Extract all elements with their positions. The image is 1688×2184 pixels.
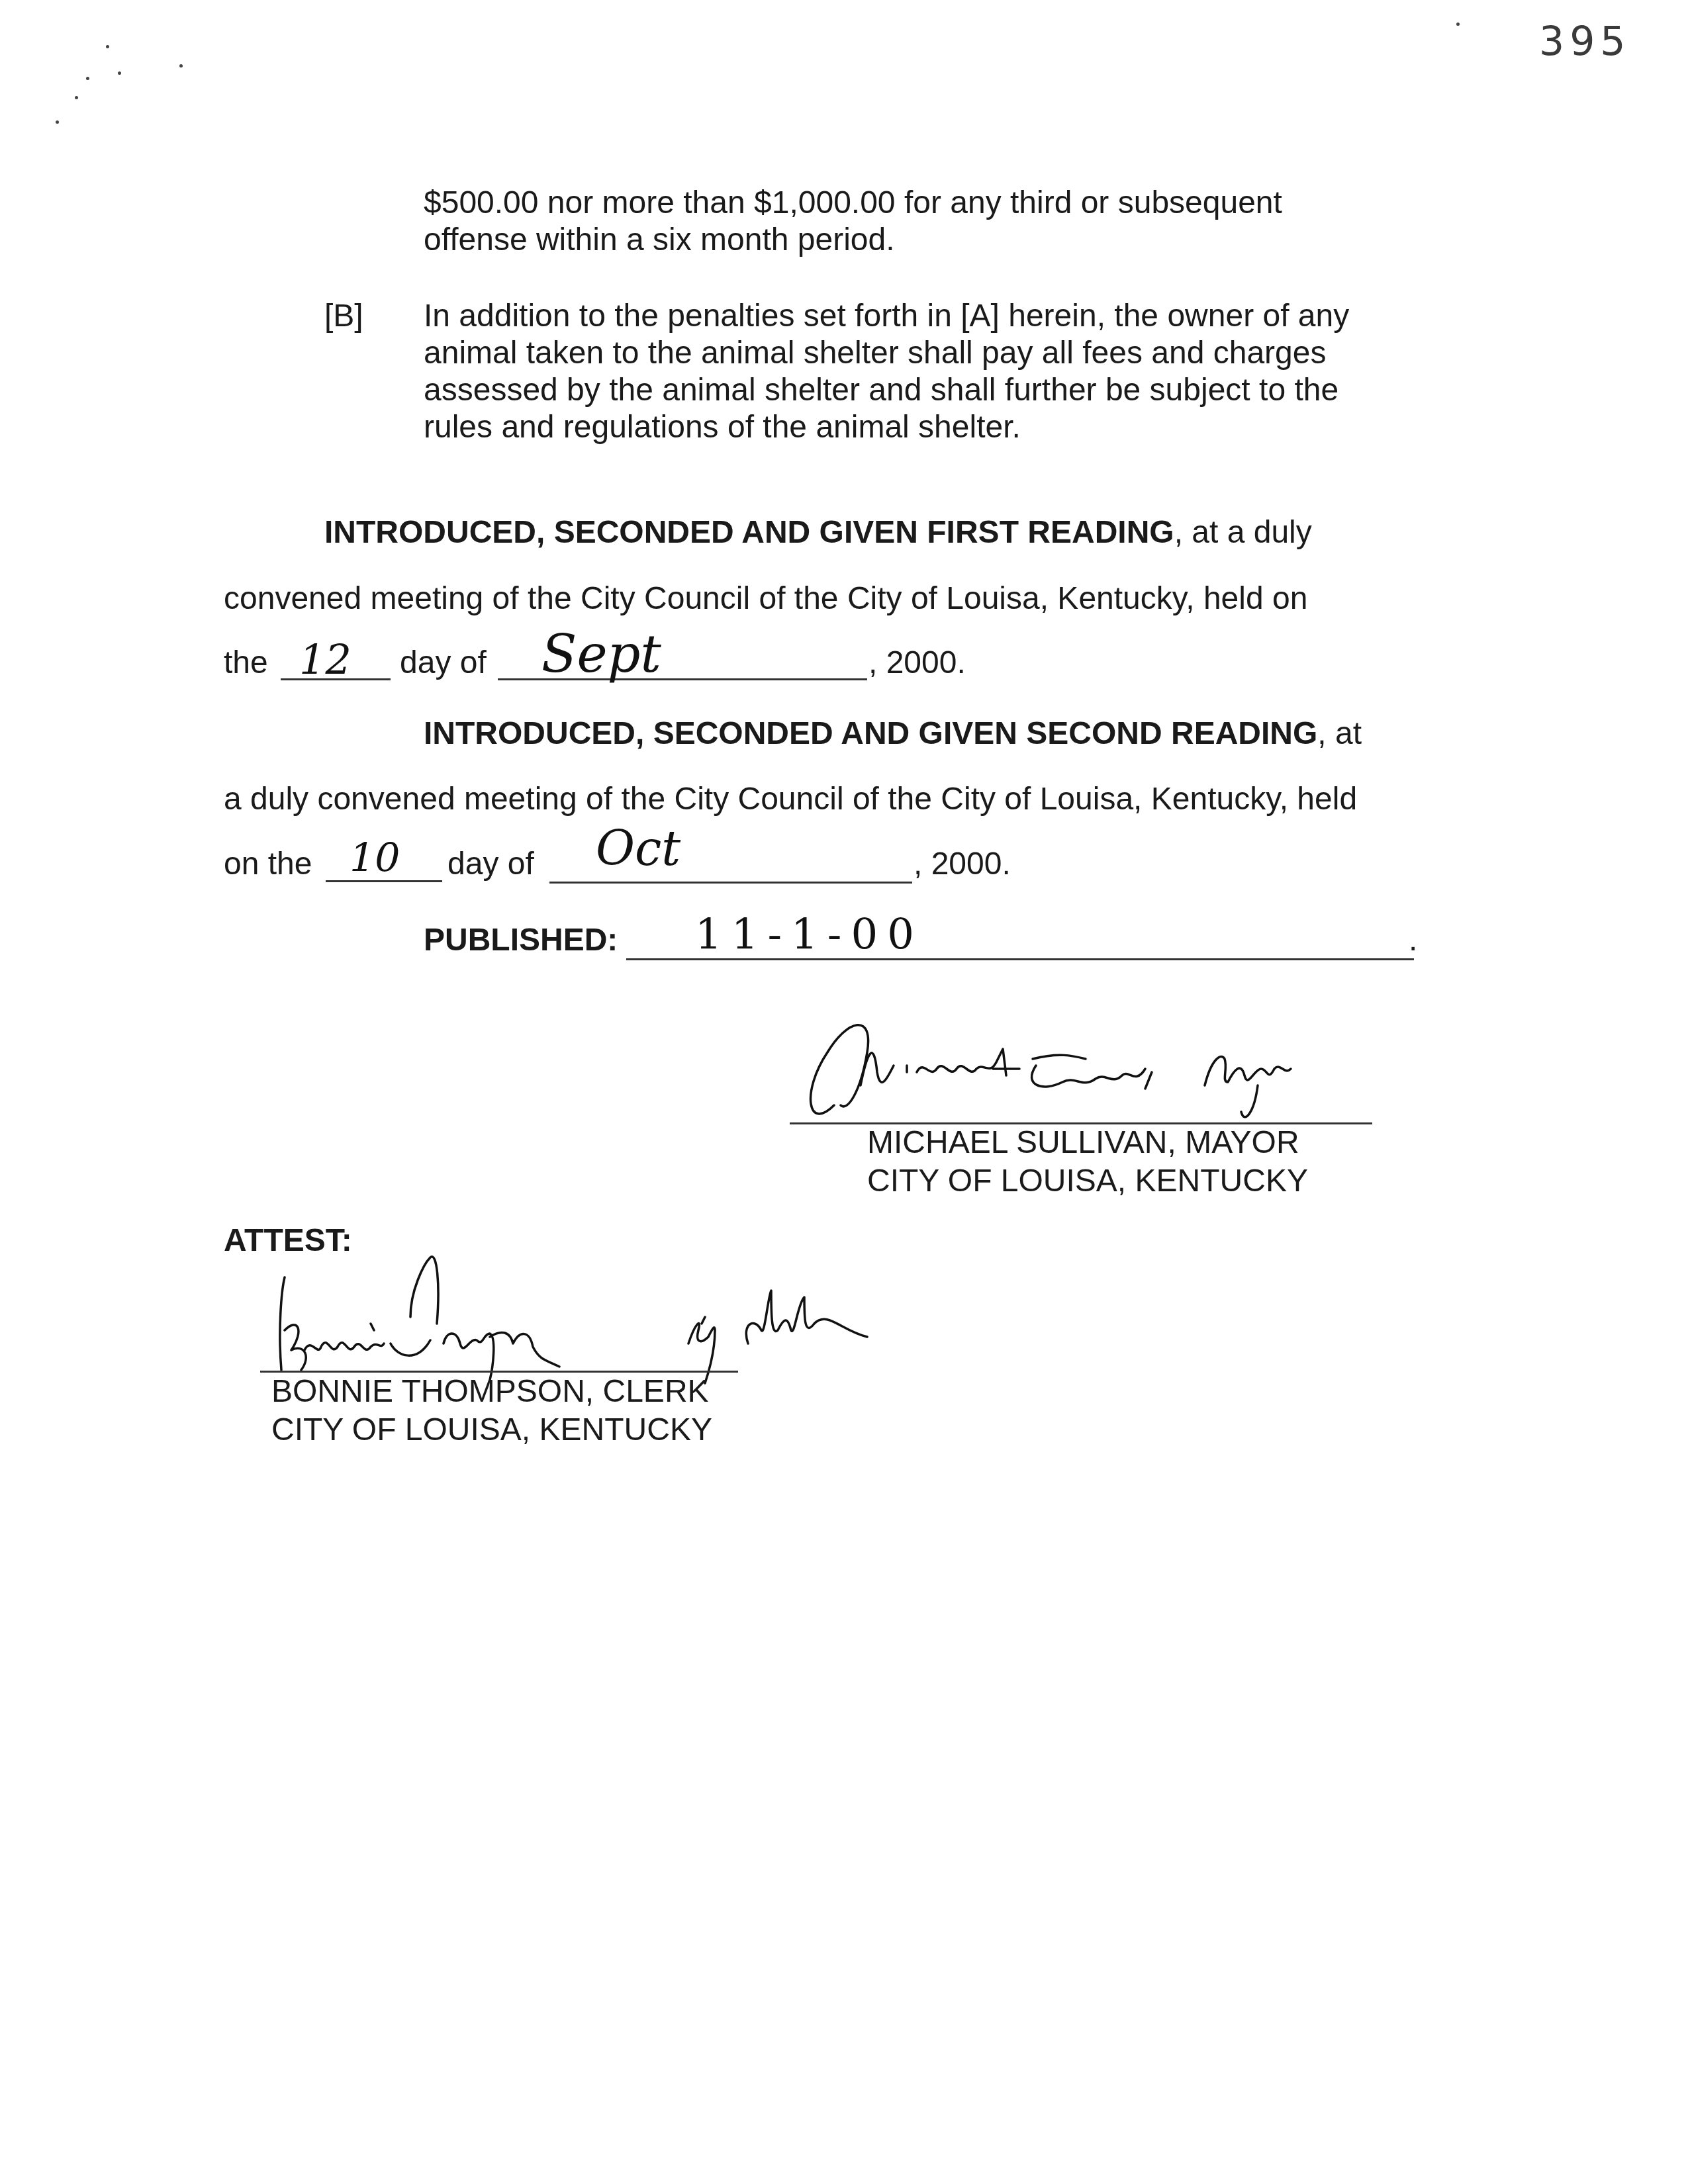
first-reading-day-of: day of — [400, 645, 487, 681]
penalty-line-2: offense within a six month period. — [424, 222, 895, 258]
published-date-handwritten: 11-1-00 — [695, 911, 923, 960]
published-label: PUBLISHED: — [424, 923, 618, 958]
clerk-city: CITY OF LOUISA, KENTUCKY — [271, 1412, 712, 1448]
first-reading-heading: INTRODUCED, SECONDED AND GIVEN FIRST REA… — [324, 515, 1174, 550]
second-reading-day-handwritten: 10 — [350, 835, 400, 882]
published-end: . — [1409, 923, 1417, 958]
first-reading-prefix: the — [224, 645, 268, 681]
mayor-name-title: MICHAEL SULLIVAN, MAYOR — [867, 1125, 1299, 1161]
scan-speck — [118, 71, 121, 75]
clerk-name-title: BONNIE THOMPSON, CLERK — [271, 1374, 709, 1410]
second-reading-line-2: a duly convened meeting of the City Coun… — [224, 782, 1357, 817]
second-reading-month-blank — [549, 882, 912, 884]
penalty-line-1: $500.00 nor more than $1,000.00 for any … — [424, 185, 1282, 221]
scan-speck — [56, 120, 59, 124]
first-reading-heading-tail: , at a duly — [1174, 515, 1312, 550]
section-b-line-4: rules and regulations of the animal shel… — [424, 410, 1021, 445]
scan-speck — [1456, 23, 1460, 26]
first-reading-year: , 2000. — [868, 645, 966, 681]
second-reading-heading-line: INTRODUCED, SECONDED AND GIVEN SECOND RE… — [424, 716, 1362, 752]
second-reading-prefix: on the — [224, 846, 312, 882]
first-reading-day-handwritten: 12 — [299, 635, 352, 684]
scan-speck — [106, 45, 109, 48]
section-b-label: [B] — [324, 298, 363, 334]
clerk-signature-line — [260, 1371, 738, 1373]
section-b-line-1: In addition to the penalties set forth i… — [424, 298, 1349, 334]
second-reading-year: , 2000. — [914, 846, 1011, 882]
scan-speck — [179, 64, 183, 68]
mayor-city: CITY OF LOUISA, KENTUCKY — [867, 1163, 1308, 1199]
first-reading-month-handwritten: Sept — [541, 625, 661, 684]
mayor-signature-line — [790, 1122, 1372, 1124]
second-reading-heading-tail: , at — [1317, 716, 1362, 751]
first-reading-line-2: convened meeting of the City Council of … — [224, 581, 1307, 617]
page-number: 395 — [1539, 19, 1631, 65]
second-reading-day-of: day of — [447, 846, 534, 882]
second-reading-heading: INTRODUCED, SECONDED AND GIVEN SECOND RE… — [424, 716, 1317, 751]
scan-speck — [86, 77, 89, 80]
first-reading-heading-line: INTRODUCED, SECONDED AND GIVEN FIRST REA… — [324, 515, 1312, 551]
second-reading-month-handwritten: Oct — [596, 821, 680, 876]
section-b-line-3: assessed by the animal shelter and shall… — [424, 373, 1338, 408]
scan-speck — [75, 96, 78, 99]
section-b-line-2: animal taken to the animal shelter shall… — [424, 336, 1326, 371]
